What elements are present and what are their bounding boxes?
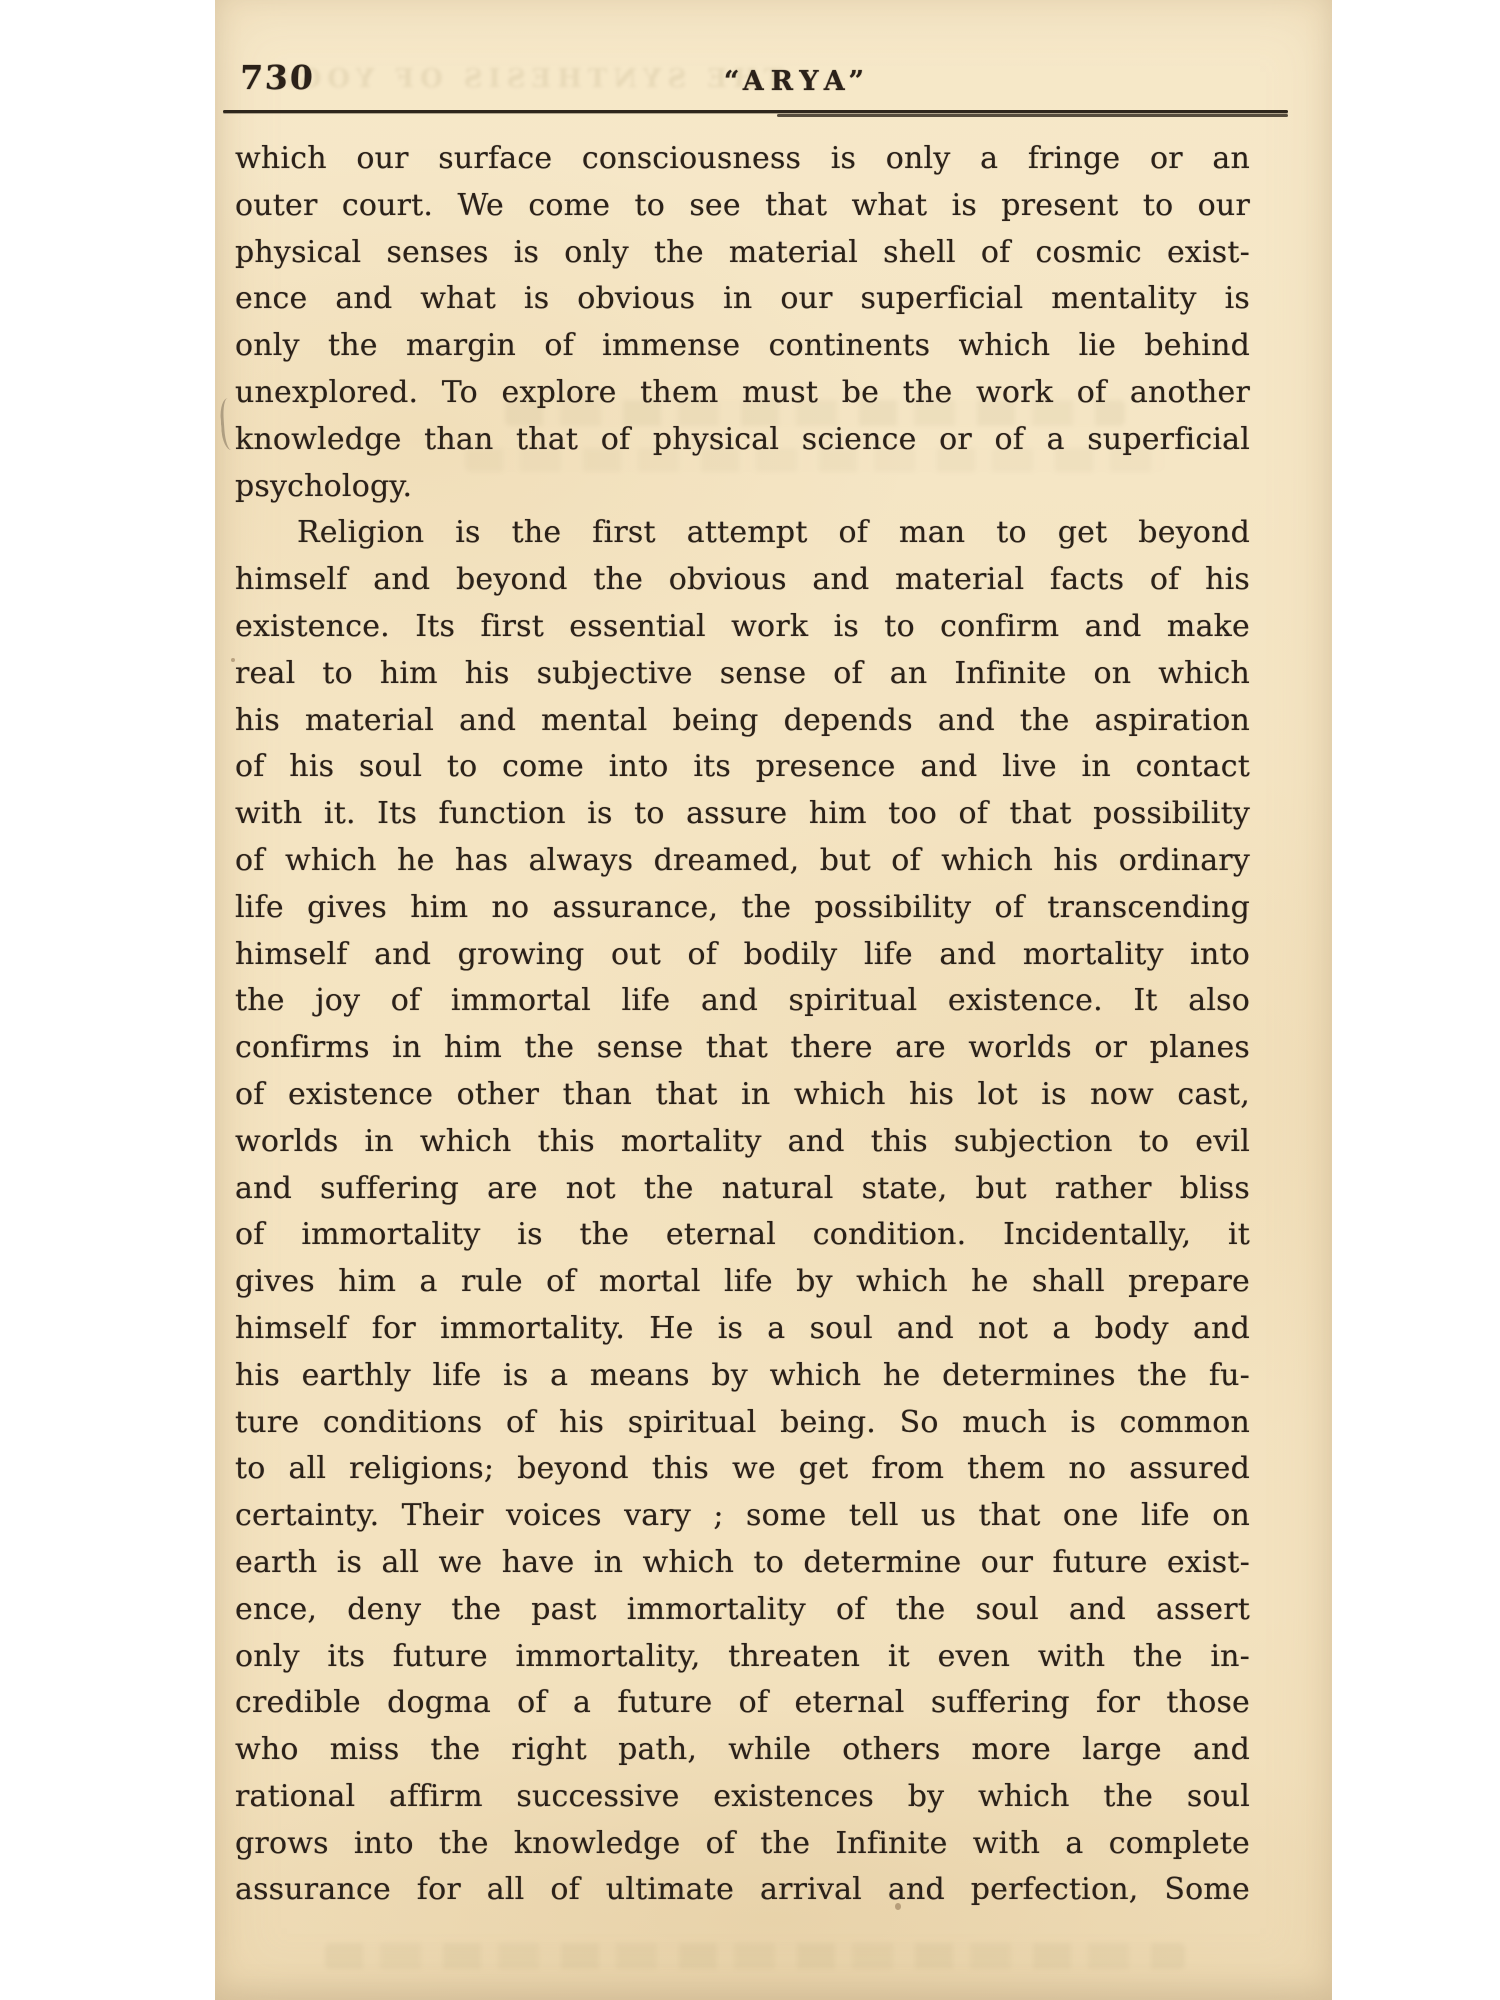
text-line: confirms in him the sense that there are…: [235, 1025, 1250, 1072]
text-line: of which he has always dreamed, but of w…: [235, 838, 1250, 885]
text-line: physical senses is only the material she…: [235, 230, 1250, 277]
text-line: himself for immortality. He is a soul an…: [235, 1306, 1250, 1353]
text-line: psychology.: [235, 464, 1250, 511]
text-line: himself and growing out of bodily life a…: [235, 932, 1250, 979]
text-line: who miss the right path, while others mo…: [235, 1727, 1250, 1774]
text-line: of immortality is the eternal condition.…: [235, 1212, 1250, 1259]
text-line: to all religions; beyond this we get fro…: [235, 1446, 1250, 1493]
header-rule-line: [223, 110, 1288, 113]
text-line: credible dogma of a future of eternal su…: [235, 1680, 1250, 1727]
bleed-through-smudge: [325, 1943, 1185, 1969]
text-line: ence, deny the past immortality of the s…: [235, 1587, 1250, 1634]
paragraph: which our surface consciousness is only …: [235, 136, 1250, 510]
text-line: gives him a rule of mortal life by which…: [235, 1259, 1250, 1306]
text-line: knowledge than that of physical science …: [235, 417, 1250, 464]
text-line: only the margin of immense continents wh…: [235, 323, 1250, 370]
text-line: certainty. Their voices vary ; some tell…: [235, 1493, 1250, 1540]
text-line: the joy of immortal life and spiritual e…: [235, 978, 1250, 1025]
paragraph: Religion is the first attempt of man to …: [235, 510, 1250, 1914]
text-line: Religion is the first attempt of man to …: [235, 510, 1250, 557]
text-line: of existence other than that in which hi…: [235, 1072, 1250, 1119]
text-line: outer court. We come to see that what is…: [235, 183, 1250, 230]
text-line: ence and what is obvious in our superfic…: [235, 276, 1250, 323]
text-line: existence. Its first essential work is t…: [235, 604, 1250, 651]
text-line: of his soul to come into its presence an…: [235, 744, 1250, 791]
text-line: his earthly life is a means by which he …: [235, 1353, 1250, 1400]
text-line: assurance for all of ultimate arrival an…: [235, 1867, 1250, 1914]
text-line: himself and beyond the obvious and mater…: [235, 557, 1250, 604]
header-rule: [223, 110, 1288, 118]
text-line: real to him his subjective sense of an I…: [235, 651, 1250, 698]
text-line: earth is all we have in which to determi…: [235, 1540, 1250, 1587]
text-line: which our surface consciousness is only …: [235, 136, 1250, 183]
text-line: grows into the knowledge of the Infinite…: [235, 1821, 1250, 1868]
text-line: worlds in which this mortality and this …: [235, 1119, 1250, 1166]
text-line: unexplored. To explore them must be the …: [235, 370, 1250, 417]
text-line: rational affirm successive existences by…: [235, 1774, 1250, 1821]
text-line: life gives him no assurance, the possibi…: [235, 885, 1250, 932]
text-line: and suffering are not the natural state,…: [235, 1166, 1250, 1213]
page-header: THE SYNTHESIS OF YOGA 730 “ARYA”: [215, 0, 1332, 130]
text-line: only its future immortality, threaten it…: [235, 1634, 1250, 1681]
journal-title: “ARYA”: [239, 66, 1356, 97]
text-line: his material and mental being depends an…: [235, 698, 1250, 745]
header-rule-smudge: [777, 114, 1288, 117]
text-block: which our surface consciousness is only …: [235, 136, 1250, 1914]
book-page: THE SYNTHESIS OF YOGA 730 “ARYA” which o…: [215, 0, 1332, 2000]
text-line: with it. Its function is to assure him t…: [235, 791, 1250, 838]
text-line: ture conditions of his spiritual being. …: [235, 1400, 1250, 1447]
